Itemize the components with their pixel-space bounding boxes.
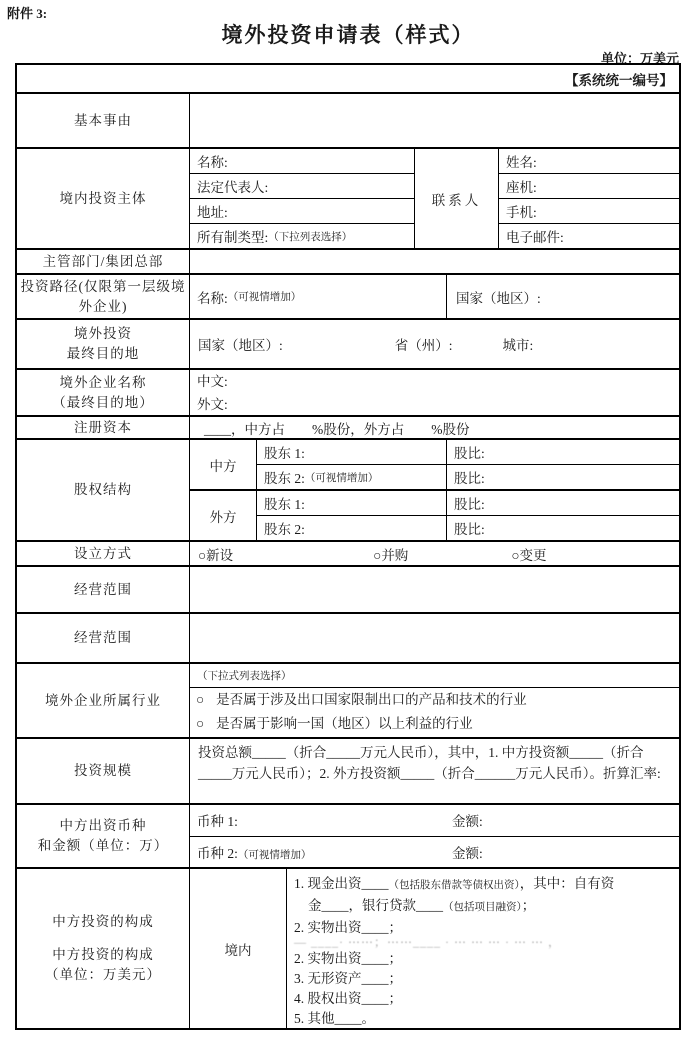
ratio2-label: 股比:	[454, 467, 485, 487]
investment-scale-label: 投资规模	[17, 739, 190, 803]
option-change-label: 变更	[519, 548, 546, 563]
equity-row-2: 股东 2: （可视情增加） 股比:	[257, 464, 679, 489]
ratio3-label: 股比:	[454, 493, 485, 513]
landline-label: 座机:	[506, 176, 537, 196]
establishment-method-row: 设立方式 ○新设 ○并购 ○变更	[17, 540, 679, 565]
registered-capital-value: ____，中方占 %股份，外方占 %股份	[190, 417, 679, 438]
composition-item-1-line2-note: （包括项目融资）	[443, 902, 522, 913]
composition-item-1-text: 1. 现金出资____	[294, 876, 389, 891]
composition-item-1-line2-tail: ；	[522, 898, 536, 913]
destination-country-label: 国家（地区）:	[198, 334, 283, 354]
enterprise-name-label-line1: 境外企业名称	[60, 373, 147, 393]
composition-item-1-tail: ，其中：自有资	[520, 876, 615, 891]
domestic-entity-row: 境内投资主体 名称: 法定代表人: 地址: 所有制类型: （下拉列表选择）	[17, 147, 679, 248]
composition-item-4: 4. 股权出资____；	[294, 989, 675, 1009]
shareholder1-label: 股东 1:	[264, 442, 305, 462]
equity-row-1: 股东 1: 股比:	[257, 440, 679, 464]
industry-option-export-restricted[interactable]: ○是否属于涉及出口国家限制出口的产品和技术的行业	[196, 688, 673, 712]
currency-amount-2-label: 金额:	[452, 842, 483, 862]
business-scope-row-1: 经营范围	[17, 565, 679, 612]
option-new-label: 新设	[206, 548, 233, 563]
destination-label-line2: 最终目的地	[67, 344, 140, 364]
currency-row: 中方出资币种 和金额（单位：万） 币种 1: 金额: 币种 2:（可视情增加） …	[17, 803, 679, 867]
mobile-field: 手机:	[499, 198, 679, 223]
path-country-field: 国家（地区）:	[447, 275, 679, 318]
system-number-label: 【系统统一编号】	[565, 69, 673, 89]
domestic-entity-label: 境内投资主体	[17, 149, 190, 248]
registered-capital-row: 注册资本 ____，中方占 %股份，外方占 %股份	[17, 415, 679, 438]
supervisor-label: 主管部门/集团总部	[17, 250, 190, 273]
investment-path-label: 投资路径(仅限第一层级境外企业)	[17, 275, 190, 318]
currency-type-2-note: （可视情增加）	[238, 850, 312, 861]
investment-path-row: 投资路径(仅限第一层级境外企业) 名称: （可视情增加） 国家（地区）:	[17, 273, 679, 318]
email-label: 电子邮件:	[506, 226, 564, 246]
business-scope-input-area-2	[190, 614, 679, 662]
option-merger[interactable]: ○并购	[373, 544, 408, 564]
enterprise-name-label-line2: （最终目的地）	[52, 393, 154, 413]
shareholder2-note: （可视情增加）	[305, 470, 379, 485]
establishment-method-label: 设立方式	[17, 542, 190, 565]
enterprise-name-row: 境外企业名称 （最终目的地） 中文: 外文:	[17, 368, 679, 415]
composition-item-2-repeat: 2. 实物出资____；	[294, 949, 675, 969]
composition-label-line3: （单位：万美元）	[45, 965, 161, 985]
enterprise-name-label: 境外企业名称 （最终目的地）	[17, 370, 190, 415]
destination-city-label: 城市:	[503, 334, 534, 354]
ownership-type-field: 所有制类型: （下拉列表选择）	[190, 223, 414, 248]
contact-person-label: 联系人	[415, 149, 499, 248]
industry-dropdown-note: （下拉式列表选择）	[190, 664, 679, 688]
destination-label: 境外投资 最终目的地	[17, 320, 190, 368]
business-scope-row-2: 经营范围	[17, 612, 679, 662]
address-label: 地址:	[197, 201, 228, 221]
option-new-establishment[interactable]: ○新设	[198, 544, 233, 564]
currency-amount-1-label: 金额:	[452, 810, 483, 830]
system-number-row: 【系统统一编号】	[17, 65, 679, 92]
industry-option-multi-region[interactable]: ○是否属于影响一国（地区）以上利益的行业	[196, 712, 673, 736]
currency-label-line2: 和金额（单位：万）	[38, 836, 169, 856]
enterprise-chinese-name-label: 中文:	[197, 370, 679, 393]
composition-item-5: 5. 其他____。	[294, 1009, 675, 1029]
destination-fields: 国家（地区）: 省（州）: 城市:	[190, 320, 679, 368]
registered-capital-label: 注册资本	[17, 417, 190, 438]
enterprise-foreign-name-label: 外文:	[197, 393, 679, 416]
currency-label-line1: 中方出资币种	[60, 816, 147, 836]
shareholder3-label: 股东 1:	[264, 493, 305, 513]
investment-scale-row: 投资规模 投资总额_____（折合_____万元人民币），其中，1. 中方投资额…	[17, 737, 679, 803]
entity-name-label: 名称:	[197, 151, 228, 171]
equity-structure-label: 股权结构	[17, 440, 190, 540]
business-scope-label-1: 经营范围	[17, 567, 190, 612]
scan-artifact-ghost-line: — ____· ⋯⋯；⋯⋯____ · ⋯ ⋯ ⋯ · ⋯ ⋯ ，	[294, 936, 675, 949]
industry-option-multi-region-label: 是否属于影响一国（地区）以上利益的行业	[216, 716, 473, 731]
supervisor-row: 主管部门/集团总部	[17, 248, 679, 273]
address-field: 地址:	[190, 198, 414, 223]
page-title: 境外投资申请表（样式）	[0, 19, 696, 49]
radio-new-icon[interactable]: ○	[198, 548, 206, 563]
industry-option-export-label: 是否属于涉及出口国家限制出口的产品和技术的行业	[216, 692, 527, 707]
composition-label: 中方投资的构成 中方投资的构成 （单位：万美元）	[17, 869, 190, 1028]
composition-item-3: 3. 无形资产____；	[294, 969, 675, 989]
enterprise-name-fields: 中文: 外文:	[190, 370, 679, 415]
currency-type-1: 币种 1:	[190, 810, 452, 830]
business-scope-label-2: 经营范围	[17, 614, 190, 662]
supervisor-input-area	[190, 250, 679, 273]
destination-province-label: 省（州）:	[395, 334, 453, 354]
currency-label: 中方出资币种 和金额（单位：万）	[17, 805, 190, 867]
path-country-label: 国家（地区）:	[456, 287, 541, 307]
foreign-side-label: 外方	[190, 491, 257, 540]
destination-row: 境外投资 最终目的地 国家（地区）: 省（州）: 城市:	[17, 318, 679, 368]
currency-row-1: 币种 1: 金额:	[190, 805, 679, 836]
option-change[interactable]: ○变更	[511, 544, 546, 564]
equity-structure-row: 股权结构 中方 股东 1: 股比: 股东 2: （可视情增加）	[17, 438, 679, 540]
equity-row-4: 股东 2: 股比:	[257, 515, 679, 540]
shareholder2-label: 股东 2:	[264, 467, 305, 487]
industry-options: ○是否属于涉及出口国家限制出口的产品和技术的行业 ○是否属于影响一国（地区）以上…	[190, 688, 679, 737]
equity-row-3: 股东 1: 股比:	[257, 491, 679, 515]
industry-row: 境外企业所属行业 （下拉式列表选择） ○是否属于涉及出口国家限制出口的产品和技术…	[17, 662, 679, 737]
equity-chinese-half: 中方 股东 1: 股比: 股东 2: （可视情增加） 股比:	[190, 440, 679, 489]
composition-item-1-note: （包括股东借款等债权出资）	[389, 880, 520, 891]
composition-label-line2: 中方投资的构成	[52, 945, 154, 965]
currency-type-2: 币种 2:（可视情增加）	[190, 842, 452, 862]
entity-name-field: 名称:	[190, 149, 414, 173]
ratio1-label: 股比:	[454, 442, 485, 462]
email-field: 电子邮件:	[499, 223, 679, 248]
currency-type-2-label: 币种 2:	[197, 846, 238, 861]
composition-row: 中方投资的构成 中方投资的构成 （单位：万美元） 境内 1. 现金出资____（…	[17, 867, 679, 1028]
shareholder4-label: 股东 2:	[264, 518, 305, 538]
application-form-table: 【系统统一编号】 基本事由 境内投资主体 名称: 法定代表人: 地址:	[15, 63, 681, 1030]
chinese-side-label: 中方	[190, 440, 257, 489]
domestic-entity-fields: 名称: 法定代表人: 地址: 所有制类型: （下拉列表选择）	[190, 149, 415, 248]
legal-rep-label: 法定代表人:	[197, 176, 268, 196]
composition-list: 1. 现金出资____（包括股东借款等债权出资），其中：自有资 金____，银行…	[287, 869, 679, 1028]
ownership-type-label: 所有制类型:	[197, 226, 268, 246]
scope-domestic-label: 境内	[190, 869, 287, 1028]
path-name-label: 名称:	[197, 287, 228, 307]
ownership-dropdown-note: （下拉列表选择）	[268, 229, 352, 244]
legal-rep-field: 法定代表人:	[190, 173, 414, 198]
composition-item-1-line2: 金____，银行贷款____（包括项目融资）；	[294, 896, 675, 918]
document-page: 附件 3: 境外投资申请表（样式） 单位：万美元 【系统统一编号】 基本事由 境…	[0, 0, 696, 1041]
equity-foreign-half: 外方 股东 1: 股比: 股东 2: 股比:	[190, 489, 679, 540]
mobile-label: 手机:	[506, 201, 537, 221]
basic-matter-label: 基本事由	[17, 94, 190, 147]
radio-multi-region-icon[interactable]: ○	[196, 716, 204, 731]
basic-matter-row: 基本事由	[17, 92, 679, 147]
ratio4-label: 股比:	[454, 518, 485, 538]
basic-matter-input-area	[190, 94, 679, 147]
composition-label-line1: 中方投资的构成	[52, 912, 154, 932]
option-merger-label: 并购	[381, 548, 408, 563]
landline-field: 座机:	[499, 173, 679, 198]
currency-type-1-label: 币种 1:	[197, 814, 238, 829]
path-name-field: 名称: （可视情增加）	[190, 275, 447, 318]
radio-export-restricted-icon[interactable]: ○	[196, 692, 204, 707]
path-name-note: （可视情增加）	[228, 289, 302, 304]
contact-name-field: 姓名:	[499, 149, 679, 173]
contact-name-label: 姓名:	[506, 151, 537, 171]
destination-label-line1: 境外投资	[74, 324, 132, 344]
investment-scale-text: 投资总额_____（折合_____万元人民币），其中，1. 中方投资额_____…	[190, 739, 679, 803]
business-scope-input-area-1	[190, 567, 679, 612]
composition-item-2: 2. 实物出资____；	[294, 918, 675, 938]
composition-item-1: 1. 现金出资____（包括股东借款等债权出资），其中：自有资	[294, 874, 675, 896]
composition-item-1-line2-text: 金____，银行贷款____	[308, 898, 443, 913]
currency-row-2: 币种 2:（可视情增加） 金额:	[190, 836, 679, 868]
industry-label: 境外企业所属行业	[17, 664, 190, 737]
contact-fields: 姓名: 座机: 手机: 电子邮件:	[499, 149, 679, 248]
